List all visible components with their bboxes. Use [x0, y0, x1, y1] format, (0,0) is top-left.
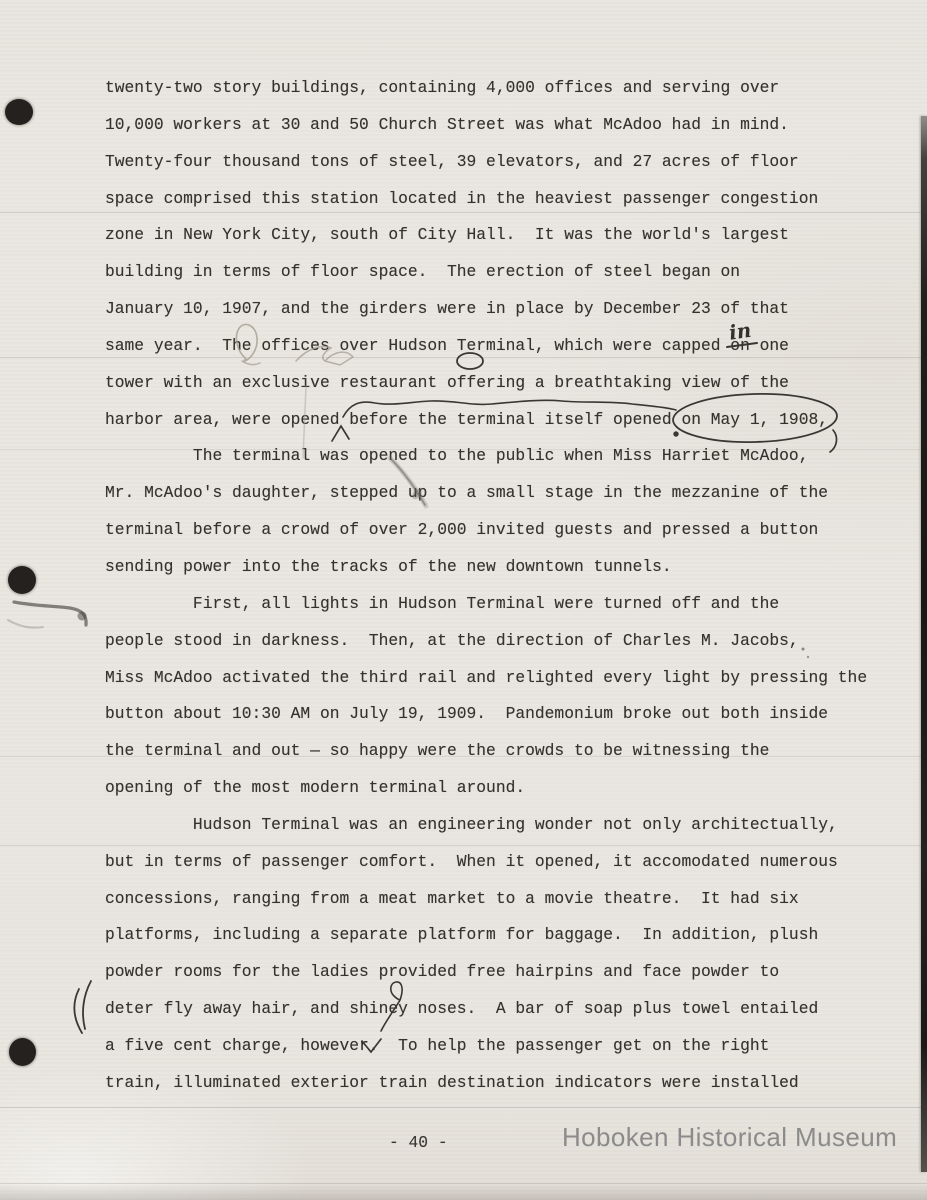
- typed-line: harbor area, were opened before the term…: [105, 402, 867, 439]
- typed-line: people stood in darkness. Then, at the d…: [105, 623, 867, 660]
- typed-line: button about 10:30 AM on July 19, 1909. …: [105, 696, 867, 733]
- typed-line: 10,000 workers at 30 and 50 Church Stree…: [105, 107, 867, 144]
- typed-line: a five cent charge, however. To help the…: [105, 1028, 867, 1065]
- scanner-artifact-line: [0, 1107, 927, 1108]
- typed-line: The terminal was opened to the public wh…: [105, 438, 867, 475]
- page-number: - 40 -: [389, 1133, 448, 1152]
- ink-smudge-blob: [78, 612, 87, 621]
- typed-line: sending power into the tracks of the new…: [105, 549, 867, 586]
- typed-line: Twenty-four thousand tons of steel, 39 e…: [105, 144, 867, 181]
- typed-line: powder rooms for the ladies provided fre…: [105, 954, 867, 991]
- typed-line: First, all lights in Hudson Terminal wer…: [105, 586, 867, 623]
- page-bottom-shadow: [0, 1184, 927, 1200]
- typed-line: but in terms of passenger comfort. When …: [105, 844, 867, 881]
- typed-line: the terminal and out — so happy were the…: [105, 733, 867, 770]
- typed-line: zone in New York City, south of City Hal…: [105, 217, 867, 254]
- ink-smudge-streak: [14, 602, 86, 625]
- typed-line: terminal before a crowd of over 2,000 in…: [105, 512, 867, 549]
- scanned-document-page: twenty-two story buildings, containing 4…: [0, 0, 927, 1200]
- typed-line: platforms, including a separate platform…: [105, 917, 867, 954]
- typed-line: building in terms of floor space. The er…: [105, 254, 867, 291]
- scan-edge-shadow: [921, 116, 927, 1172]
- typed-line: Miss McAdoo activated the third rail and…: [105, 660, 867, 697]
- margin-double-paren: [74, 981, 91, 1033]
- typed-line: space comprised this station located in …: [105, 181, 867, 218]
- hole-punch-mark: [5, 99, 33, 125]
- typed-line: opening of the most modern terminal arou…: [105, 770, 867, 807]
- typed-line: concessions, ranging from a meat market …: [105, 881, 867, 918]
- hole-punch-mark: [9, 1038, 36, 1066]
- typed-text-block: twenty-two story buildings, containing 4…: [105, 70, 867, 1102]
- typed-line: January 10, 1907, and the girders were i…: [105, 291, 867, 328]
- typed-line: twenty-two story buildings, containing 4…: [105, 70, 867, 107]
- watermark-text: Hoboken Historical Museum: [562, 1122, 897, 1153]
- hole-punch-mark: [8, 566, 36, 594]
- typed-line: Mr. McAdoo's daughter, stepped up to a s…: [105, 475, 867, 512]
- ink-smudge-faint: [8, 620, 43, 628]
- typed-line: tower with an exclusive restaurant offer…: [105, 365, 867, 402]
- typed-line: same year. The offices over Hudson Termi…: [105, 328, 867, 365]
- typed-line: Hudson Terminal was an engineering wonde…: [105, 807, 867, 844]
- typed-line: train, illuminated exterior train destin…: [105, 1065, 867, 1102]
- typed-line: deter fly away hair, and shiney noses. A…: [105, 991, 867, 1028]
